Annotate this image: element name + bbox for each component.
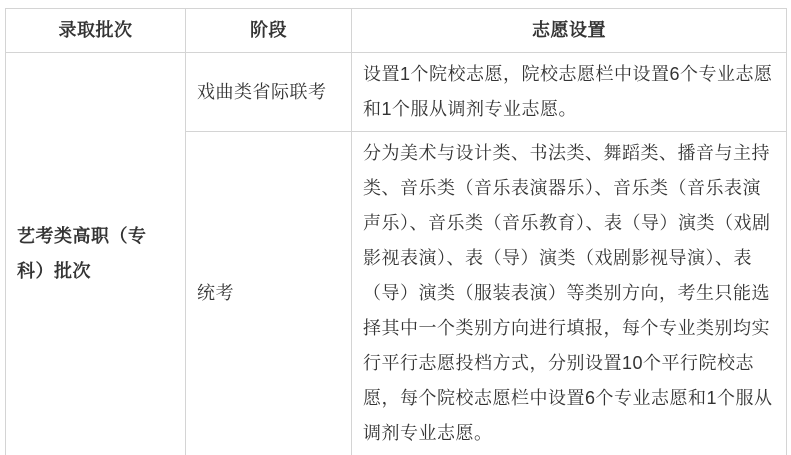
batch-cell: 艺考类高职（专科）批次 <box>6 53 186 455</box>
header-volunteer-setting: 志愿设置 <box>352 9 787 53</box>
header-row: 录取批次 阶段 志愿设置 <box>6 9 787 53</box>
admission-batch-table: 录取批次 阶段 志愿设置 艺考类高职（专科）批次 戏曲类省际联考 设置1个院校志… <box>5 8 787 455</box>
stage-cell-opera-joint-exam: 戏曲类省际联考 <box>186 53 352 132</box>
page: 录取批次 阶段 志愿设置 艺考类高职（专科）批次 戏曲类省际联考 设置1个院校志… <box>0 0 791 455</box>
header-batch: 录取批次 <box>6 9 186 53</box>
header-stage: 阶段 <box>186 9 352 53</box>
table-row: 艺考类高职（专科）批次 戏曲类省际联考 设置1个院校志愿，院校志愿栏中设置6个专… <box>6 53 787 132</box>
setting-cell-unified-exam: 分为美术与设计类、书法类、舞蹈类、播音与主持类、音乐类（音乐表演器乐）、音乐类（… <box>352 132 787 455</box>
stage-cell-unified-exam: 统考 <box>186 132 352 455</box>
setting-cell-opera-joint-exam: 设置1个院校志愿，院校志愿栏中设置6个专业志愿和1个服从调剂专业志愿。 <box>352 53 787 132</box>
